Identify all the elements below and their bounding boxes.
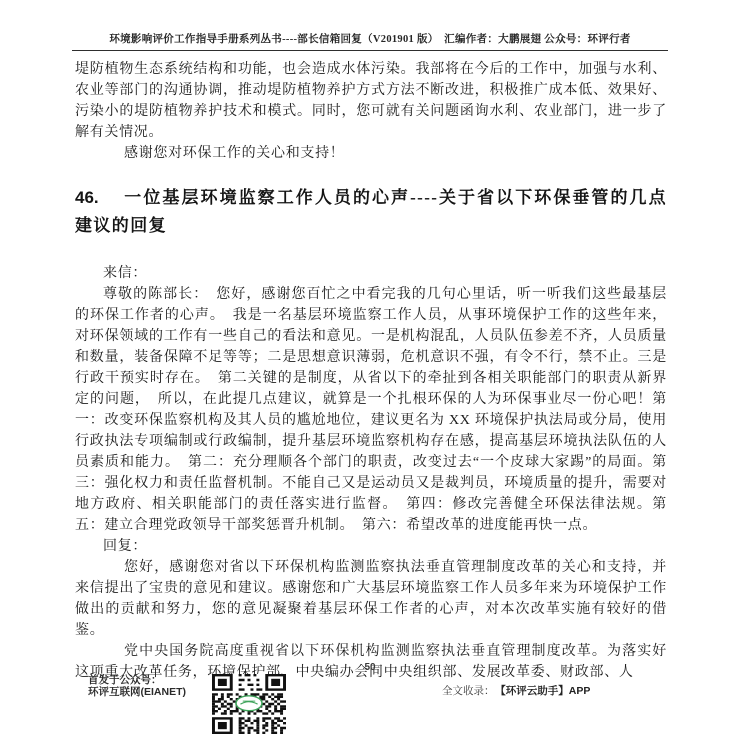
qr-finder-top-left (212, 674, 233, 691)
section-number: 46. (75, 188, 99, 207)
letter-label: 来信： (75, 263, 667, 284)
document-page: 环境影响评价工作指导手册系列丛书----部长信箱回复（V201901 版） 汇编… (0, 0, 740, 740)
document-body: 堤防植物生态系统结构和功能，也会造成水体污染。我部将在今后的工作中，加强与水利、… (75, 59, 667, 683)
section-title: 一位基层环境监察工作人员的心声----关于省以下环保垂管的几点建议的回复 (75, 188, 667, 235)
paragraph-letter-body: 尊敬的陈部长： 您好，感谢您百忙之中看完我的几句心里话，听一听我们这些最基层的环… (75, 284, 667, 536)
footer-origin-account: 环评互联网(EIANET) (88, 686, 186, 698)
paragraph-reply-1: 您好，感谢您对省以下环保机构监测监察执法垂直管理制度改革的关心和支持，并来信提出… (75, 557, 667, 641)
qr-code-icon (212, 674, 286, 734)
footer-origin: 首发于公众号： 环评互联网(EIANET) (88, 674, 186, 698)
paragraph-thanks: 感谢您对环保工作的关心和支持！ (75, 143, 667, 164)
page-header: 环境影响评价工作指导手册系列丛书----部长信箱回复（V201901 版） 汇编… (72, 31, 668, 51)
qr-center-logo (236, 696, 262, 711)
reply-label: 回复： (75, 536, 667, 557)
footer-origin-label: 首发于公众号： (88, 674, 186, 686)
qr-finder-top-right (265, 674, 286, 691)
paragraph-continuation: 堤防植物生态系统结构和功能，也会造成水体污染。我部将在今后的工作中，加强与水利、… (75, 59, 667, 143)
footer-collect: 全文收录：【环评云助手】APP (442, 683, 590, 698)
footer-collect-label: 全文收录： (442, 685, 495, 697)
page-number: 50 (0, 662, 740, 673)
qr-finder-bottom-left (212, 717, 233, 734)
section-heading: 46.一位基层环境监察工作人员的心声----关于省以下环保垂管的几点建议的回复 (75, 184, 667, 240)
footer-collect-app: 【环评云助手】APP (501, 685, 591, 697)
